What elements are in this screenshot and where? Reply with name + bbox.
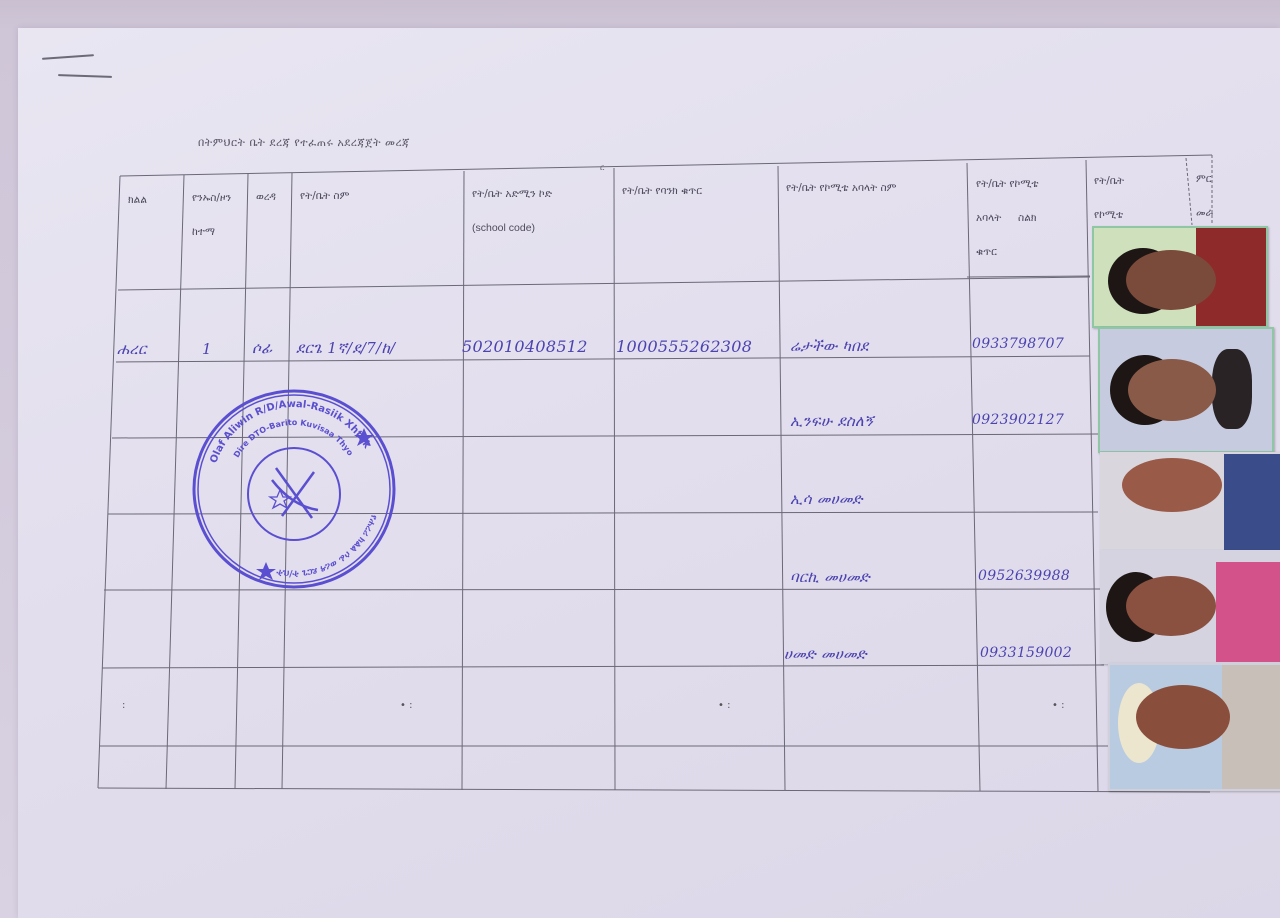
placeholder-mark: • : xyxy=(718,700,730,711)
placeholder-mark: • : xyxy=(1052,700,1064,711)
header-school-code: የት/ቤት አድሚን ኮድ (school code) xyxy=(472,177,552,245)
member-phone: 0923902127 xyxy=(972,412,1064,428)
official-stamp: Olaf Aliwin R/D/Awal-Rasiik Xhtok Dire D… xyxy=(188,384,400,594)
header-zone: የንኡስ/ዞን ከተማ xyxy=(192,181,231,249)
header-committee-names: የት/ቤት የኮሚቴ አባላት ስም xyxy=(786,171,897,205)
header-woreda: ወረዳ xyxy=(256,180,276,214)
committee-member-photo xyxy=(1108,663,1280,791)
committee-member-photo xyxy=(1092,226,1268,328)
header-remarks: ምር መራ xyxy=(1196,162,1213,230)
member-phone: 0952639988 xyxy=(978,568,1070,584)
svg-text:Dire DTO-Barito Kuvisaa Thyo: Dire DTO-Barito Kuvisaa Thyo xyxy=(232,418,355,459)
member-name: ኢንፍሁ ደስለኝ xyxy=(790,412,873,430)
header-committee-phone: የት/ቤት የኮሚቴ አባላት ስልክ ቁጥር xyxy=(976,167,1038,269)
cell-bank-account: 1000555262308 xyxy=(616,337,752,356)
cell-zone: 1 xyxy=(202,340,212,358)
committee-member-photo xyxy=(1100,452,1280,552)
cell-school-name: ደርጌ 1ኛ/ደ/7/ከ/ xyxy=(296,339,395,357)
svg-text:የሐረሪ ክልል ሶፊ ወረዳ ደርጌ ት/ቤት: የሐረሪ ክልል ሶፊ ወረዳ ደርጌ ት/ቤት xyxy=(275,513,379,578)
member-name: ባርኪ መሀመድ xyxy=(790,568,870,586)
tiny-mark: ር xyxy=(600,163,604,173)
member-phone: 0933798707 xyxy=(972,336,1064,352)
header-committee-photo: የት/ቤት የኮሚቴ xyxy=(1094,164,1124,232)
placeholder-mark: : xyxy=(122,700,125,711)
cell-school-code: 502010408512 xyxy=(462,337,588,356)
member-name: ሬታችው ካበደ xyxy=(790,337,868,355)
committee-member-photo xyxy=(1100,550,1280,664)
cell-woreda: ሶፊ xyxy=(252,339,273,357)
member-phone: 0933159002 xyxy=(980,645,1072,661)
header-region: ክልል xyxy=(128,183,147,217)
cell-region: ሐረር xyxy=(117,340,147,358)
member-name: ኢሳ መሀመድ xyxy=(790,490,863,508)
header-school-name: የት/ቤት ስም xyxy=(300,179,349,213)
committee-member-photo xyxy=(1098,327,1274,453)
placeholder-mark: • : xyxy=(400,700,412,711)
header-bank-account: የት/ቤት የባንክ ቁጥር xyxy=(622,174,702,208)
member-name: ሀመድ መሀመድ xyxy=(784,645,867,663)
document-title: በትምህርት ቤት ደረጃ የተፈጠሩ አደረጃጀት መረጃ xyxy=(198,136,410,150)
